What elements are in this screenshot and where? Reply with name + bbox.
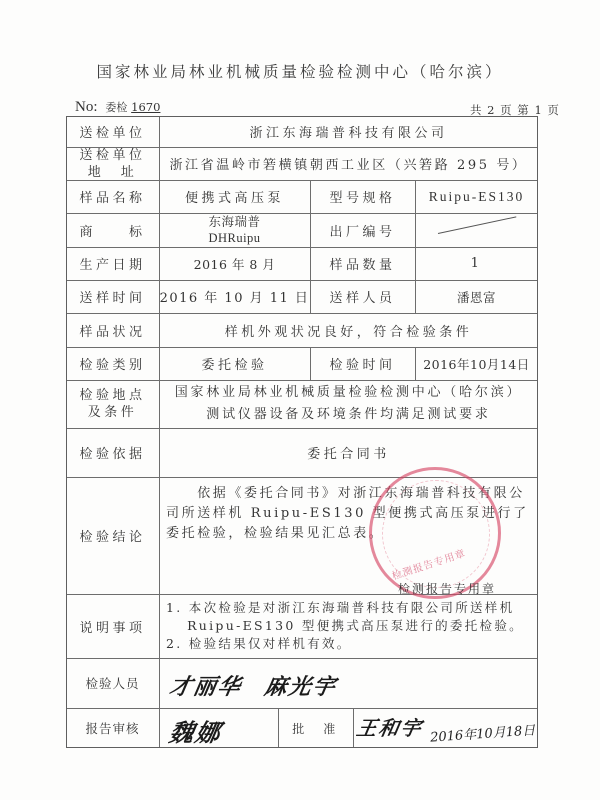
label-sample-name: 样品名称 (66, 180, 159, 213)
document-title: 国家林业局林业机械质量检验检测中心（哈尔滨） (0, 60, 600, 82)
value-trademark: 东海瑞普 DHRuipu (159, 213, 310, 247)
document-number: No: 委检 1670 (75, 99, 166, 116)
value-serial-number (415, 213, 538, 247)
note-item: Ruipu-ES130 型便携式高压泵进行的委托检验。 (166, 617, 524, 635)
label-trademark: 商 标 (66, 213, 159, 247)
label-inspection-place: 检验地点 及条件 (66, 380, 159, 428)
label-address-line2: 地 址 (88, 164, 138, 181)
value-sample-quantity: 1 (415, 247, 538, 280)
trademark-chinese: 东海瑞普 (208, 213, 260, 230)
label-conclusion: 检验结论 (66, 477, 159, 594)
value-inspection-basis: 委托合同书 (159, 428, 538, 477)
label-inspectors: 检验人员 (66, 658, 159, 708)
label-submitter: 送检单位 (66, 116, 159, 147)
value-sample-condition: 样机外观状况良好，符合检验条件 (159, 313, 538, 347)
value-address: 浙江省温岭市箬横镇朝西工业区（兴箬路 295 号） (159, 147, 538, 180)
value-delivery-time: 2016 年 10 月 11 日 (159, 280, 310, 313)
label-approval: 批 准 (278, 708, 353, 748)
place-line2: 测试仪器设备及环境条件均满足测试要求 (206, 404, 490, 426)
label-address-line1: 送检单位 (79, 147, 145, 164)
place-line1: 国家林业局林业机械质量检验检测中心（哈尔滨） (175, 382, 523, 404)
value-delivery-person: 潘恩富 (415, 280, 538, 313)
signature-approver: 王和宇 (354, 712, 425, 741)
label-serial-number: 出厂编号 (310, 213, 415, 247)
label-sample-condition: 样品状况 (66, 313, 159, 347)
note-item: 2. 检验结果仅对样机有效。 (166, 635, 352, 653)
trademark-english: DHRuipu (208, 230, 260, 247)
label-model: 型号规格 (310, 180, 415, 213)
label-delivery-time: 送样时间 (66, 280, 159, 313)
notes-list: 1. 本次检验是对浙江东海瑞普科技有限公司所送样机 Ruipu-ES130 型便… (166, 594, 538, 658)
label-production-date: 生产日期 (66, 247, 159, 280)
value-inspection-type: 委托检验 (159, 347, 310, 380)
label-inspection-type: 检验类别 (66, 347, 159, 380)
label-address: 送检单位 地 址 (66, 147, 159, 180)
value-inspection-place: 国家林业局林业机械质量检验检测中心（哈尔滨） 测试仪器设备及环境条件均满足测试要… (159, 380, 538, 428)
label-place-line1: 检验地点 (79, 387, 145, 404)
label-inspection-basis: 检验依据 (66, 428, 159, 477)
label-delivery-person: 送样人员 (310, 280, 415, 313)
label-place-line2: 及条件 (88, 404, 138, 421)
report-table: 送检单位 浙江东海瑞普科技有限公司 送检单位 地 址 浙江省温岭市箬横镇朝西工业… (66, 116, 538, 748)
number-label: No: (75, 99, 98, 115)
signature-inspector-2: 麻光宇 (262, 670, 339, 701)
signature-inspector-1: 才丽华 (167, 670, 244, 701)
label-inspection-time: 检验时间 (310, 347, 415, 380)
value-sample-name: 便携式高压泵 (159, 180, 310, 213)
stamp-caption: 检测报告专用章 (398, 580, 496, 597)
note-item: 1. 本次检验是对浙江东海瑞普科技有限公司所送样机 (166, 599, 514, 617)
value-model: Ruipu-ES130 (415, 180, 538, 213)
value-submitter: 浙江东海瑞普科技有限公司 (159, 116, 538, 147)
label-review: 报告审核 (66, 708, 159, 748)
label-sample-quantity: 样品数量 (310, 247, 415, 280)
signature-reviewer: 魏娜 (167, 713, 225, 748)
label-notes: 说明事项 (66, 594, 159, 658)
number-prefix: 委检 (105, 101, 127, 114)
number-value: 1670 (131, 100, 166, 114)
value-production-date: 2016 年 8 月 (159, 247, 310, 280)
value-inspection-time: 2016年10月14日 (415, 347, 538, 380)
